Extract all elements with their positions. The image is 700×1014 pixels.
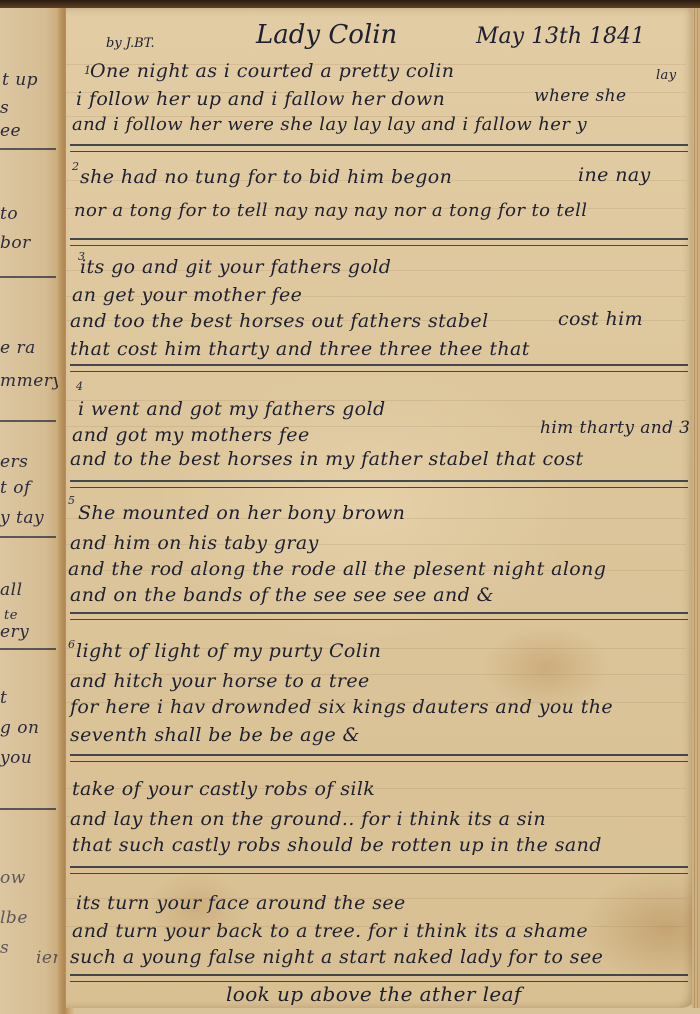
verse-line: and on the bands of the see see see and … bbox=[70, 584, 494, 606]
verse-line: light of light of my purty Colin bbox=[76, 640, 381, 662]
verse-divider bbox=[70, 612, 688, 620]
verse-divider bbox=[70, 974, 688, 982]
verse-line: and got my mothers fee bbox=[72, 424, 310, 446]
left-divider bbox=[0, 420, 56, 422]
left-divider bbox=[0, 536, 56, 538]
left-fragment-text: mmery bbox=[0, 371, 63, 391]
notebook-spread: t up s ee to bor e ra mmery ers t of y t… bbox=[0, 0, 700, 1014]
song-date: May 13th 1841 bbox=[476, 24, 645, 49]
margin-note: where she bbox=[534, 86, 627, 106]
left-fragment-text: you bbox=[0, 748, 32, 768]
verse-line: such a young false night a start naked l… bbox=[70, 946, 603, 968]
verse-number: 5 bbox=[68, 494, 75, 507]
left-fragment-text: ery bbox=[0, 622, 29, 642]
left-page-fragment: t up s ee to bor e ra mmery ers t of y t… bbox=[0, 8, 64, 1014]
verse-divider bbox=[70, 238, 688, 246]
verse-line: and him on his taby gray bbox=[70, 532, 319, 554]
verse-line: its turn your face around the see bbox=[76, 892, 406, 914]
verse-divider bbox=[70, 364, 688, 372]
verse-number: 6 bbox=[68, 638, 75, 651]
page-stack-edge bbox=[692, 8, 700, 1008]
verse-divider bbox=[70, 144, 688, 152]
verse-line: i went and got my fathers gold bbox=[78, 398, 386, 420]
left-fragment-text: y tay bbox=[0, 508, 44, 528]
verse-line: and lay then on the ground.. for i think… bbox=[70, 808, 546, 830]
author-attribution: by J.BT. bbox=[106, 36, 155, 51]
left-fragment-text: ee bbox=[0, 121, 21, 141]
left-fragment-text: e ra bbox=[0, 338, 36, 358]
left-fragment-text: t of bbox=[0, 478, 31, 498]
left-fragment-text: ow bbox=[0, 868, 26, 888]
verse-divider bbox=[70, 480, 688, 488]
left-fragment-text: te bbox=[4, 608, 18, 623]
left-divider bbox=[0, 808, 56, 810]
verse-line: for here i hav drownded six kings dauter… bbox=[70, 696, 613, 718]
verse-line: and to the best horses in my father stab… bbox=[70, 448, 584, 470]
left-fragment-text: s bbox=[0, 938, 9, 958]
left-fragment-text: g on bbox=[0, 718, 39, 738]
left-fragment-text: ers bbox=[0, 452, 28, 472]
song-title: Lady Colin bbox=[256, 20, 397, 50]
verse-line: and the rod along the rode all the plese… bbox=[68, 558, 606, 580]
margin-note: cost him bbox=[558, 308, 643, 330]
margin-note: him tharty and 3 bbox=[540, 418, 690, 438]
verse-line: and turn your back to a tree. for i thin… bbox=[72, 920, 588, 942]
verse-line: and hitch your horse to a tree bbox=[70, 670, 370, 692]
verse-line: One night as i courted a pretty colin bbox=[90, 60, 454, 82]
verse-line: seventh shall be be be age & bbox=[70, 724, 360, 746]
left-fragment-text: s bbox=[0, 98, 9, 118]
left-divider bbox=[0, 276, 56, 278]
verse-line: and i follow her were she lay lay lay an… bbox=[72, 114, 587, 135]
verse-line: that cost him tharty and three three the… bbox=[70, 338, 530, 360]
verse-number: 4 bbox=[76, 380, 83, 393]
verse-line: i follow her up and i fallow her down bbox=[76, 88, 445, 110]
left-fragment-text: lbe bbox=[0, 908, 28, 928]
left-fragment-text: t bbox=[0, 688, 7, 708]
left-fragment-text: to bbox=[0, 204, 18, 224]
left-fragment-text: all bbox=[0, 580, 23, 600]
manuscript-page: by J.BT. Lady Colin May 13th 1841 1 One … bbox=[66, 8, 696, 1008]
verse-line: she had no tung for to bid him begon bbox=[80, 166, 452, 188]
verse-line: She mounted on her bony brown bbox=[78, 502, 405, 524]
left-fragment-text: t up bbox=[2, 70, 38, 90]
footer-note: look up above the ather leaf bbox=[226, 982, 522, 1006]
left-fragment-text: bor bbox=[0, 233, 31, 253]
left-divider bbox=[0, 648, 56, 650]
margin-note: ine nay bbox=[578, 164, 651, 186]
margin-note: lay bbox=[656, 68, 676, 83]
verse-line: that such castly robs should be rotten u… bbox=[72, 834, 602, 856]
verse-line: nor a tong for to tell nay nay nay nor a… bbox=[74, 200, 587, 221]
left-divider bbox=[0, 148, 56, 150]
verse-number: 2 bbox=[72, 160, 79, 173]
verse-line: an get your mother fee bbox=[72, 284, 302, 306]
verse-line: and too the best horses out fathers stab… bbox=[70, 310, 489, 332]
verse-line: its go and git your fathers gold bbox=[80, 256, 391, 278]
verse-divider bbox=[70, 754, 688, 762]
verse-divider bbox=[70, 866, 688, 874]
verse-line: take of your castly robs of silk bbox=[72, 778, 375, 800]
